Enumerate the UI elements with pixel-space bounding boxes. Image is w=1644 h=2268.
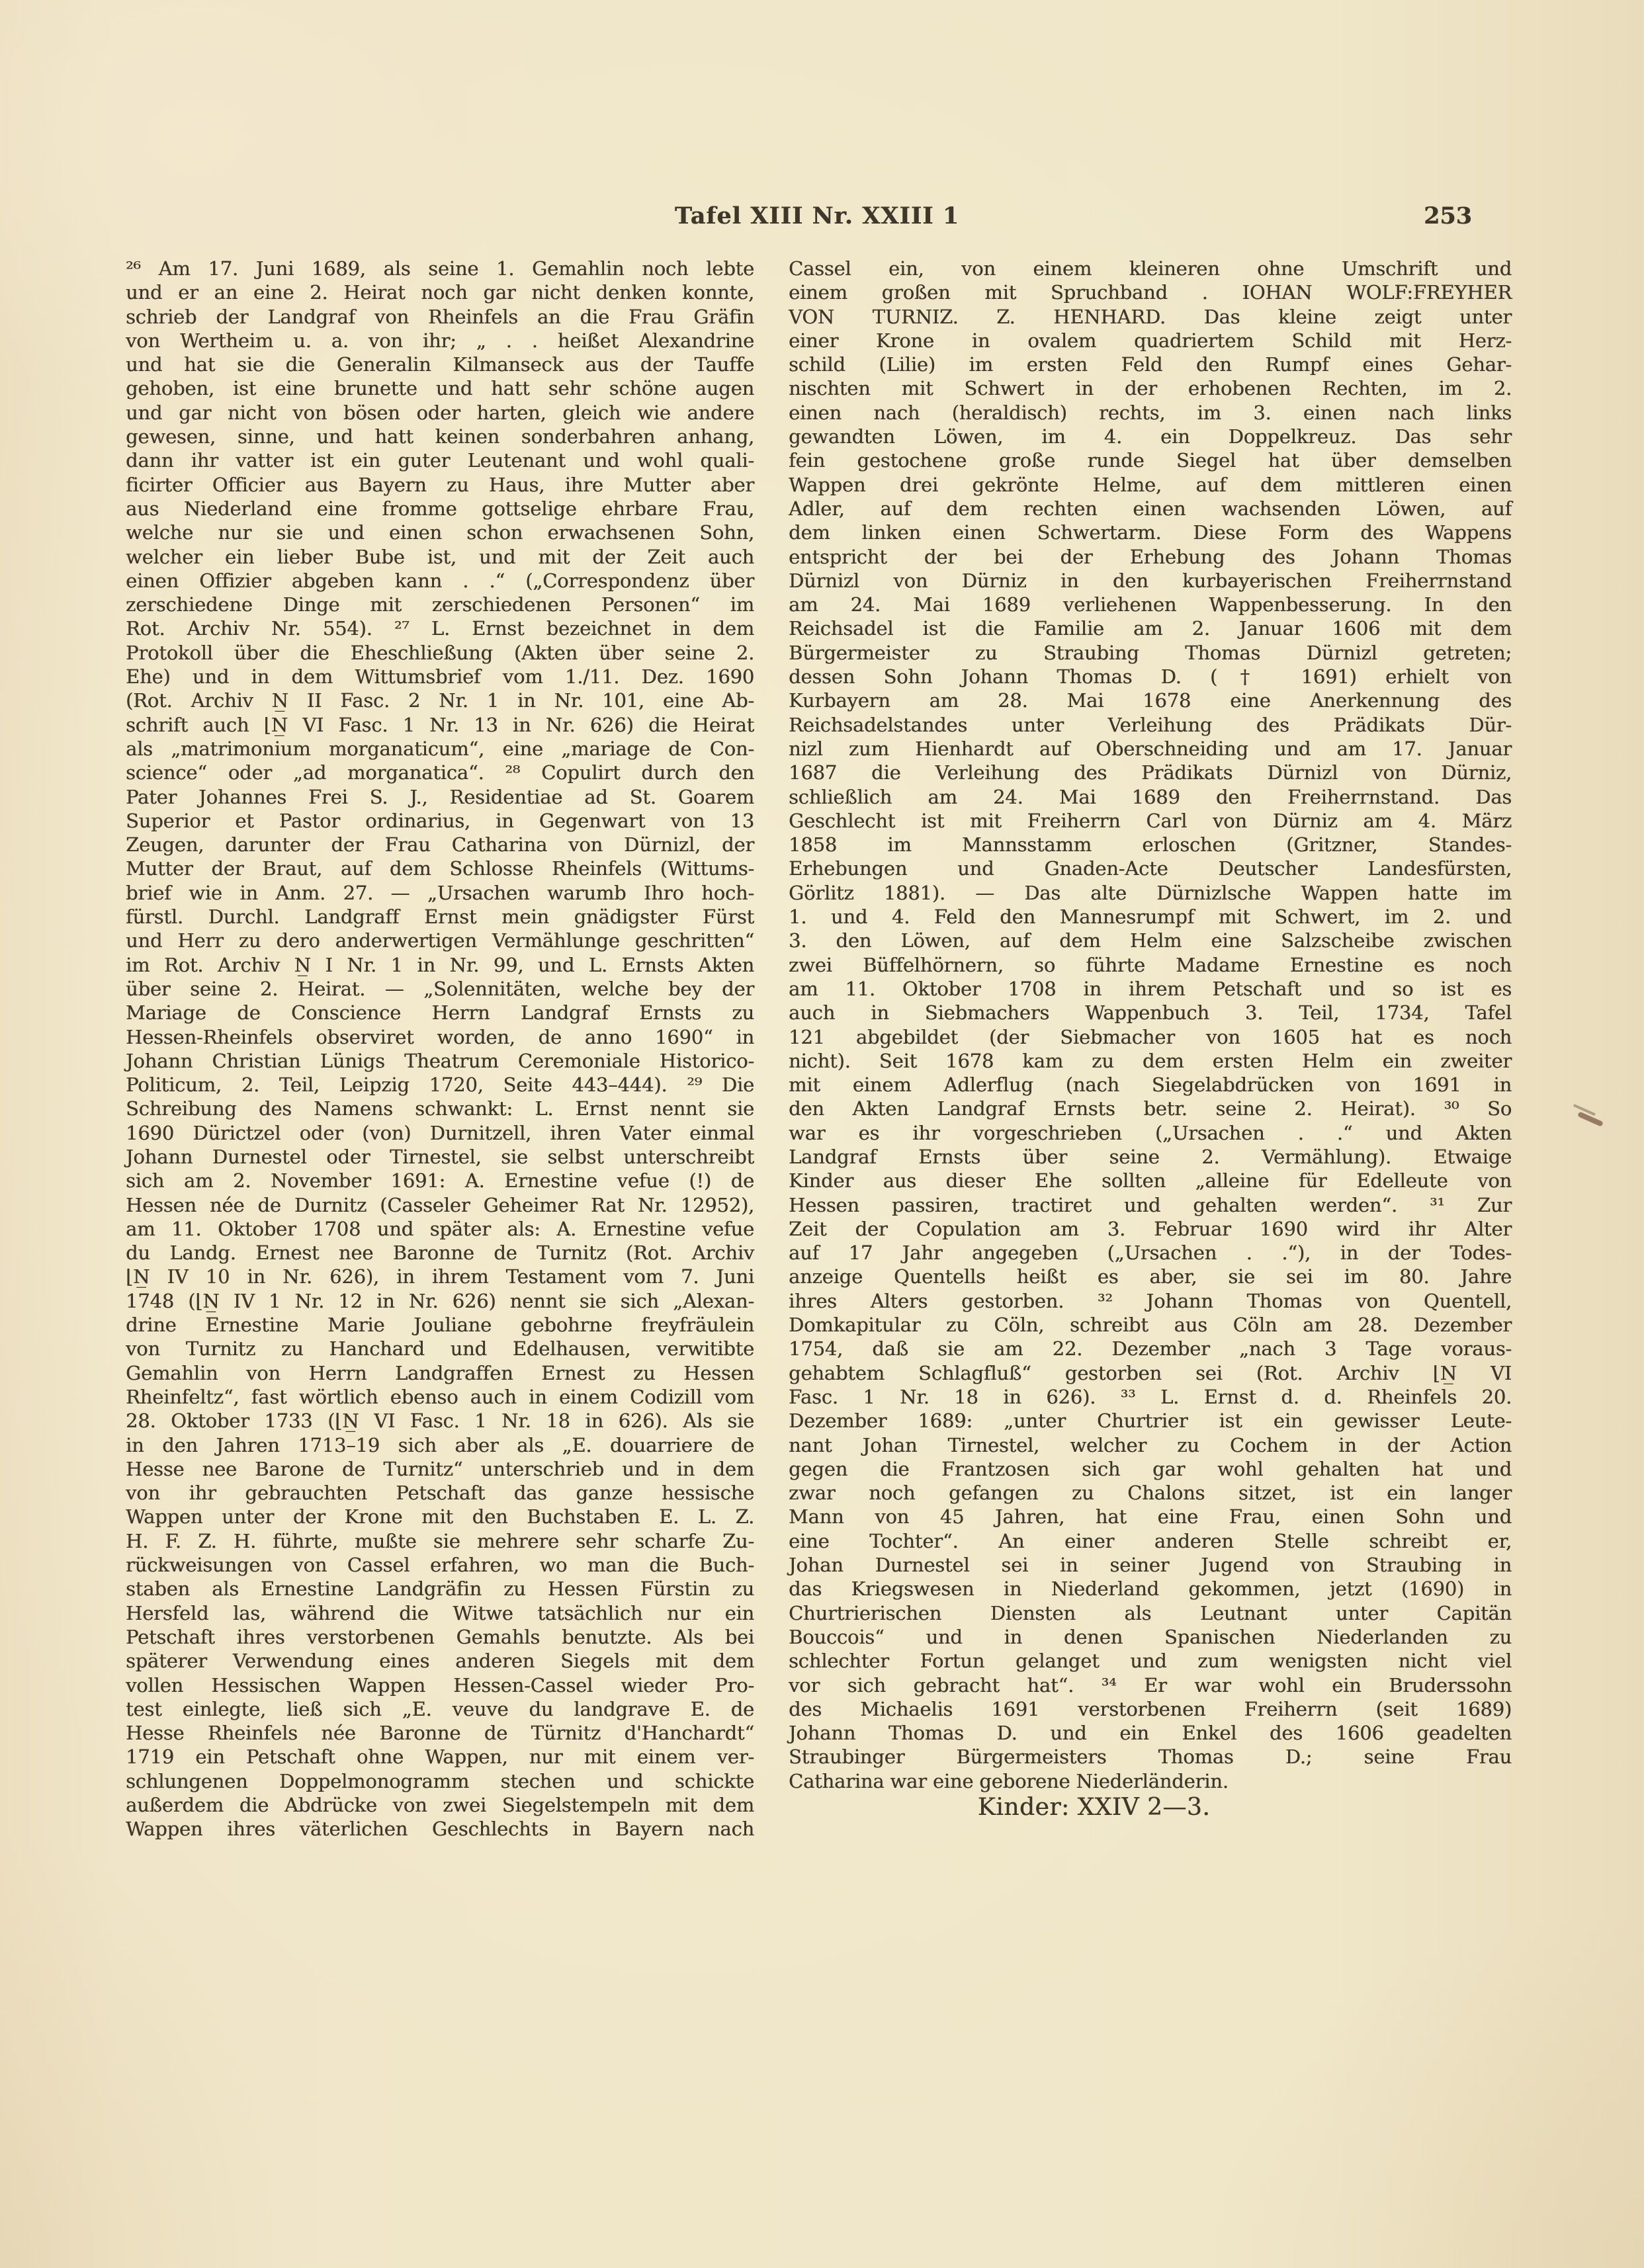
text-line: Dürnizl von Dürniz in den kurbayerischen… xyxy=(789,569,1512,593)
text-line: Bürgermeister zu Straubing Thomas Dürniz… xyxy=(789,641,1512,665)
text-line: sich am 2. November 1691: A. Ernestine v… xyxy=(126,1169,754,1193)
text-line: am 24. Mai 1689 verliehenen Wappenbesser… xyxy=(789,593,1512,616)
text-line: Görlitz 1881). — Das alte Dürnizlsche Wa… xyxy=(789,881,1512,905)
text-line: aus Niederland eine fromme gottselige eh… xyxy=(126,497,754,521)
text-line: Catharina war eine geborene Niederländer… xyxy=(789,1769,1512,1793)
text-line: science“ oder „ad morganatica“. ²⁸ Copul… xyxy=(126,761,754,784)
text-line: Hessen-Rheinfels observiret worden, de a… xyxy=(126,1025,754,1049)
text-line: 1719 ein Petschaft ohne Wappen, nur mit … xyxy=(126,1745,754,1769)
text-line: und Herr zu dero anderwertigen Vermählun… xyxy=(126,929,754,952)
text-line: 1754, daß sie am 22. Dezember „nach 3 Ta… xyxy=(789,1337,1512,1361)
text-line: du Landg. Ernest nee Baronne de Turnitz … xyxy=(126,1241,754,1265)
text-line: Adler, auf dem rechten einen wachsenden … xyxy=(789,497,1512,521)
text-line: 121 abgebildet (der Siebmacher von 1605 … xyxy=(789,1025,1512,1049)
text-line: fürstl. Durchl. Landgraff Ernst mein gnä… xyxy=(126,905,754,929)
text-line: über seine 2. Heirat. — „Solennitäten, w… xyxy=(126,977,754,1001)
text-line: Pater Johannes Frei S. J., Residentiae a… xyxy=(126,785,754,809)
text-line: Johan Durnestel sei in seiner Jugend von… xyxy=(789,1553,1512,1577)
text-line: Hesse Rheinfels née Baronne de Türnitz d… xyxy=(126,1721,754,1745)
text-line: Superior et Pastor ordinarius, in Gegenw… xyxy=(126,809,754,833)
text-line: Bouccois“ und in denen Spanischen Nieder… xyxy=(789,1625,1512,1649)
children-reference-line: Kinder: XXIV 2—3. xyxy=(789,1796,1512,1820)
text-line: Rot. Archiv Nr. 554). ²⁷ L. Ernst bezeic… xyxy=(126,616,754,640)
text-line: Erhebungen und Gnaden-Acte Deutscher Lan… xyxy=(789,857,1512,880)
text-line: zwei Büffelhörnern, so führte Madame Ern… xyxy=(789,953,1512,977)
text-line: ficirter Officier aus Bayern zu Haus, ih… xyxy=(126,473,754,497)
text-line: Rheinfeltz“, fast wörtlich ebenso auch i… xyxy=(126,1385,754,1409)
text-line: schlungenen Doppelmonogramm stechen und … xyxy=(126,1769,754,1793)
text-line: 1748 (⌊N̲ IV 1 Nr. 12 in Nr. 626) nennt … xyxy=(126,1289,754,1313)
text-line: als „matrimonium morganaticum“, eine „ma… xyxy=(126,737,754,761)
text-line: 1687 die Verleihung des Prädikats Dürniz… xyxy=(789,761,1512,784)
text-line: Hersfeld las, während die Witwe tatsächl… xyxy=(126,1601,754,1625)
text-line: Johann Christian Lünigs Theatrum Ceremon… xyxy=(126,1049,754,1073)
text-line: Johann Thomas D. und ein Enkel des 1606 … xyxy=(789,1721,1512,1745)
text-line: eine Tochter“. An einer anderen Stelle s… xyxy=(789,1529,1512,1553)
text-line: Wappen drei gekrönte Helme, auf dem mitt… xyxy=(789,473,1512,497)
text-columns: ²⁶ Am 17. Juni 1689, als seine 1. Gemahl… xyxy=(126,257,1512,1841)
text-line: 28. Oktober 1733 (⌊N̲ VI Fasc. 1 Nr. 18 … xyxy=(126,1409,754,1433)
text-line: einen Offizier abgeben kann . .“ („Corre… xyxy=(126,569,754,593)
text-line: Zeugen, darunter der Frau Catharina von … xyxy=(126,833,754,857)
text-line: Hessen née de Durnitz (Casseler Geheimer… xyxy=(126,1193,754,1217)
scanned-book-page: Tafel XIII Nr. XXIII 1 253 ²⁶ Am 17. Jun… xyxy=(0,0,1644,2268)
text-line: anzeige Quentells heißt es aber, sie sei… xyxy=(789,1265,1512,1288)
text-line: auch in Siebmachers Wappenbuch 3. Teil, … xyxy=(789,1001,1512,1025)
text-line: 3. den Löwen, auf dem Helm eine Salzsche… xyxy=(789,929,1512,952)
text-line: nicht). Seit 1678 kam zu dem ersten Helm… xyxy=(789,1049,1512,1073)
text-line: von Turnitz zu Hanchard und Edelhausen, … xyxy=(126,1337,754,1361)
text-line: Zeit der Copulation am 3. Februar 1690 w… xyxy=(789,1217,1512,1241)
text-line: von Wertheim u. a. von ihr; „ . . heißet… xyxy=(126,329,754,353)
text-line: und gar nicht von bösen oder harten, gle… xyxy=(126,401,754,425)
text-line: Protokoll über die Eheschließung (Akten … xyxy=(126,641,754,665)
text-line: schlechter Fortun gelanget und zum wenig… xyxy=(789,1649,1512,1673)
text-line: gehabtem Schlagfluß“ gestorben sei (Rot.… xyxy=(789,1361,1512,1385)
text-line: Mutter der Braut, auf dem Schlosse Rhein… xyxy=(126,857,754,880)
text-line: welcher ein lieber Bube ist, und mit der… xyxy=(126,545,754,569)
text-line: den Akten Landgraf Ernsts betr. seine 2.… xyxy=(789,1097,1512,1120)
text-line: nischten mit Schwert in der erhobenen Re… xyxy=(789,376,1512,400)
text-line: Reichsadel ist die Familie am 2. Januar … xyxy=(789,616,1512,640)
right-text-column: Cassel ein, von einem kleineren ohne Ums… xyxy=(789,257,1512,1841)
text-line: des Michaelis 1691 verstorbenen Freiherr… xyxy=(789,1697,1512,1721)
text-line: schild (Lilie) im ersten Feld den Rumpf … xyxy=(789,353,1512,376)
text-line: einen nach (heraldisch) rechts, im 3. ei… xyxy=(789,401,1512,425)
text-line: Kinder aus dieser Ehe sollten „alleine f… xyxy=(789,1169,1512,1193)
text-line: 1. und 4. Feld den Mannesrumpf mit Schwe… xyxy=(789,905,1512,929)
text-line: Petschaft ihres verstorbenen Gemahls ben… xyxy=(126,1625,754,1649)
text-line: dann ihr vatter ist ein guter Leutenant … xyxy=(126,448,754,472)
text-line: und hat sie die Generalin Kilmanseck aus… xyxy=(126,353,754,376)
left-text-column: ²⁶ Am 17. Juni 1689, als seine 1. Gemahl… xyxy=(126,257,754,1841)
text-line: VON TURNIZ. Z. HENHARD. Das kleine zeigt… xyxy=(789,305,1512,329)
text-line: späterer Verwendung eines anderen Siegel… xyxy=(126,1649,754,1673)
text-line: und er an eine 2. Heirat noch gar nicht … xyxy=(126,280,754,304)
text-line: war es ihr vorgeschrieben („Ursachen . .… xyxy=(789,1121,1512,1145)
page-header: Tafel XIII Nr. XXIII 1 253 xyxy=(126,202,1508,233)
text-line: Reichsadelstandes unter Verleihung des P… xyxy=(789,713,1512,737)
text-line: schließlich am 24. Mai 1689 den Freiherr… xyxy=(789,785,1512,809)
text-line: Mann von 45 Jahren, hat eine Frau, einen… xyxy=(789,1505,1512,1529)
text-line: 1858 im Mannsstamm erloschen (Gritzner, … xyxy=(789,833,1512,857)
text-line: nant Johan Tirnestel, welcher zu Cochem … xyxy=(789,1433,1512,1457)
text-line: mit einem Adlerflug (nach Siegelabdrücke… xyxy=(789,1073,1512,1097)
text-line: von ihr gebrauchten Petschaft das ganze … xyxy=(126,1481,754,1505)
text-line: gegen die Frantzosen sich gar wohl gehal… xyxy=(789,1457,1512,1481)
text-line: Ehe) und in dem Wittumsbrief vom 1./11. … xyxy=(126,665,754,689)
text-line: ihres Alters gestorben. ³² Johann Thomas… xyxy=(789,1289,1512,1313)
text-line: welche nur sie und einen schon erwachsen… xyxy=(126,521,754,544)
text-line: gehoben, ist eine brunette und hatt sehr… xyxy=(126,376,754,400)
text-line: vor sich gebracht hat“. ³⁴ Er war wohl e… xyxy=(789,1673,1512,1697)
text-line: Landgraf Ernsts über seine 2. Vermählung… xyxy=(789,1145,1512,1169)
text-line: schrieb der Landgraf von Rheinfels an di… xyxy=(126,305,754,329)
text-line: einem großen mit Spruchband . IOHAN WOLF… xyxy=(789,280,1512,304)
text-line: vollen Hessischen Wappen Hessen-Cassel w… xyxy=(126,1673,754,1697)
text-line: gewandten Löwen, im 4. ein Doppelkreuz. … xyxy=(789,425,1512,448)
text-line: im Rot. Archiv N̲ I Nr. 1 in Nr. 99, und… xyxy=(126,953,754,977)
text-line: Hessen passiren, tractiret und gehalten … xyxy=(789,1193,1512,1217)
text-line: Wappen ihres väterlichen Geschlechts in … xyxy=(126,1817,754,1841)
right-column-lines: Cassel ein, von einem kleineren ohne Ums… xyxy=(789,257,1512,1793)
text-line: Fasc. 1 Nr. 18 in 626). ³³ L. Ernst d. d… xyxy=(789,1385,1512,1409)
text-line: auf 17 Jahr angegeben („Ursachen . .“), … xyxy=(789,1241,1512,1265)
text-line: einer Krone in ovalem quadriertem Schild… xyxy=(789,329,1512,353)
page-number: 253 xyxy=(1424,202,1472,230)
text-line: ⌊N̲ IV 10 in Nr. 626), in ihrem Testamen… xyxy=(126,1265,754,1288)
text-line: nizl zum Hienhardt auf Oberschneiding un… xyxy=(789,737,1512,761)
text-line: Mariage de Conscience Herrn Landgraf Ern… xyxy=(126,1001,754,1025)
text-line: in den Jahren 1713–19 sich aber als „E. … xyxy=(126,1433,754,1457)
text-line: schrift auch ⌊N̲ VI Fasc. 1 Nr. 13 in Nr… xyxy=(126,713,754,737)
text-line: H. F. Z. H. führte, mußte sie mehrere se… xyxy=(126,1529,754,1553)
text-line: Dezember 1689: „unter Churtrier ist ein … xyxy=(789,1409,1512,1433)
text-line: fein gestochene große runde Siegel hat ü… xyxy=(789,448,1512,472)
text-line: Churtrierischen Diensten als Leutnant un… xyxy=(789,1601,1512,1625)
text-line: test einlegte, ließ sich „E. veuve du la… xyxy=(126,1697,754,1721)
text-line: außerdem die Abdrücke von zwei Siegelste… xyxy=(126,1793,754,1817)
text-line: (Rot. Archiv N̲ II Fasc. 2 Nr. 1 in Nr. … xyxy=(126,689,754,712)
text-line: Straubinger Bürgermeisters Thomas D.; se… xyxy=(789,1745,1512,1769)
page-title: Tafel XIII Nr. XXIII 1 xyxy=(126,202,1508,230)
text-line: Gemahlin von Herrn Landgraffen Ernest zu… xyxy=(126,1361,754,1385)
text-line: am 11. Oktober 1708 in ihrem Petschaft u… xyxy=(789,977,1512,1001)
text-line: das Kriegswesen in Niederland gekommen, … xyxy=(789,1577,1512,1601)
text-line: staben als Ernestine Landgräfin zu Hesse… xyxy=(126,1577,754,1601)
text-line: Schreibung des Namens schwankt: L. Ernst… xyxy=(126,1097,754,1120)
text-line: Kurbayern am 28. Mai 1678 eine Anerkennu… xyxy=(789,689,1512,712)
text-line: Geschlecht ist mit Freiherrn Carl von Dü… xyxy=(789,809,1512,833)
text-line: zerschiedene Dinge mit zerschiedenen Per… xyxy=(126,593,754,616)
text-line: Hesse nee Barone de Turnitz“ unterschrie… xyxy=(126,1457,754,1481)
text-line: entspricht der bei der Erhebung des Joha… xyxy=(789,545,1512,569)
text-line: drine Ernestine Marie Jouliane gebohrne … xyxy=(126,1313,754,1337)
text-line: Cassel ein, von einem kleineren ohne Ums… xyxy=(789,257,1512,280)
text-line: am 11. Oktober 1708 und später als: A. E… xyxy=(126,1217,754,1241)
text-line: dem linken einen Schwertarm. Diese Form … xyxy=(789,521,1512,544)
text-line: rückweisungen von Cassel erfahren, wo ma… xyxy=(126,1553,754,1577)
text-line: Domkapitular zu Cöln, schreibt aus Cöln … xyxy=(789,1313,1512,1337)
text-line: Politicum, 2. Teil, Leipzig 1720, Seite … xyxy=(126,1073,754,1097)
ink-smudge-mark xyxy=(1577,1111,1604,1127)
text-line: ²⁶ Am 17. Juni 1689, als seine 1. Gemahl… xyxy=(126,257,754,280)
text-line: 1690 Dürictzel oder (von) Durnitzell, ih… xyxy=(126,1121,754,1145)
text-line: gewesen, sinne, und hatt keinen sonderba… xyxy=(126,425,754,448)
text-line: Johann Durnestel oder Tirnestel, sie sel… xyxy=(126,1145,754,1169)
text-line: Wappen unter der Krone mit den Buchstabe… xyxy=(126,1505,754,1529)
text-line: zwar noch gefangen zu Chalons sitzet, is… xyxy=(789,1481,1512,1505)
text-line: dessen Sohn Johann Thomas D. († 1691) er… xyxy=(789,665,1512,689)
text-line: brief wie in Anm. 27. — „Ursachen warumb… xyxy=(126,881,754,905)
